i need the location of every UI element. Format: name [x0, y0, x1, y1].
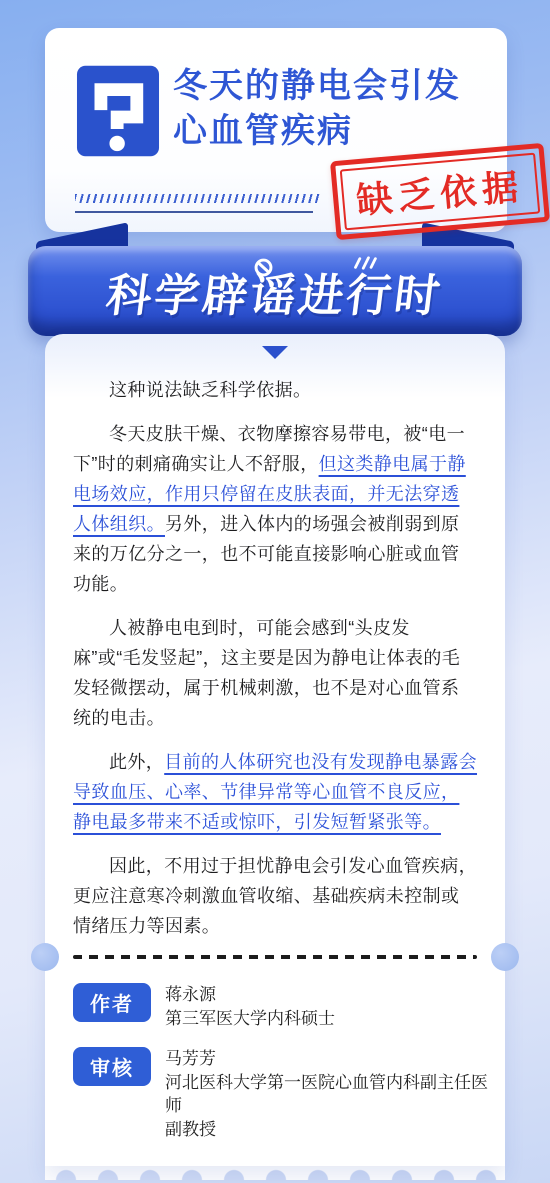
banner-title: 科学辟谣进行时 — [103, 259, 447, 324]
text-run: 这种说法缺乏科学依据。 — [109, 380, 311, 400]
reviewer-badge: 审核 — [73, 1047, 151, 1086]
paragraph: 此外，目前的人体研究也没有发现静电暴露会导致血压、心率、节律异常等心血管不良反应… — [73, 747, 477, 837]
paragraph: 人被静电电到时，可能会感到“头皮发麻”或“毛发竖起”，这主要是因为静电让体表的毛… — [73, 613, 477, 733]
reviewer-row: 审核 马芳芳 河北医科大学第一医院心血管内科副主任医师 副教授 — [73, 1047, 491, 1144]
hatch-divider — [75, 194, 321, 203]
text-run: 此外， — [109, 752, 164, 772]
author-info: 蒋永源 第三军医大学内科硕士 — [165, 983, 335, 1033]
down-triangle-icon — [262, 346, 288, 359]
author-badge: 作者 — [73, 983, 151, 1022]
paragraph: 冬天皮肤干燥、衣物摩擦容易带电，被“电一下”时的刺痛确实让人不舒服，但这类静电属… — [73, 419, 477, 599]
text-run: 人被静电电到时，可能会感到“头皮发麻”或“毛发竖起”，这主要是因为静电让体表的毛… — [73, 618, 460, 728]
author-title: 第三军医大学内科硕士 — [165, 1008, 335, 1030]
text-run: 因此，不用过于担忧静电会引发心血管疾病，更应注意寒冷刺激血管收缩、基础疾病未控制… — [73, 856, 477, 936]
claim-title-line2: 心血管疾病 — [173, 109, 503, 154]
dashed-divider — [73, 955, 477, 959]
debunk-banner: 科学辟谣进行时 — [28, 236, 522, 336]
reviewer-name: 马芳芳 — [165, 1048, 491, 1070]
card-scallop-edge — [45, 1166, 505, 1180]
card-body: 这种说法缺乏科学依据。 冬天皮肤干燥、衣物摩擦容易带电，被“电一下”时的刺痛确实… — [45, 334, 505, 1166]
claim-title-line1: 冬天的静电会引发 — [173, 64, 503, 109]
banner-ribbon: 科学辟谣进行时 — [28, 246, 522, 336]
paragraph: 因此，不用过于担忧静电会引发心血管疾病，更应注意寒冷刺激血管收缩、基础疾病未控制… — [73, 851, 477, 941]
stamp-text: 缺乏依据 — [340, 153, 541, 231]
speed-lines-icon — [352, 255, 378, 276]
author-name: 蒋永源 — [165, 984, 335, 1006]
article: 这种说法缺乏科学依据。 冬天皮肤干燥、衣物摩擦容易带电，被“电一下”时的刺痛确实… — [73, 375, 477, 941]
question-mark-icon — [75, 64, 161, 158]
paragraph: 这种说法缺乏科学依据。 — [73, 375, 477, 405]
reviewer-title: 河北医科大学第一医院心血管内科副主任医师 — [165, 1072, 491, 1117]
right-notch — [491, 943, 519, 971]
poster-background: 冬天的静电会引发 心血管疾病 缺乏依据 科学辟谣进行时 — [0, 0, 550, 1183]
reviewer-info: 马芳芳 河北医科大学第一医院心血管内科副主任医师 副教授 — [165, 1047, 491, 1144]
content-card: 这种说法缺乏科学依据。 冬天皮肤干燥、衣物摩擦容易带电，被“电一下”时的刺痛确实… — [45, 334, 505, 1180]
claim-title: 冬天的静电会引发 心血管疾病 — [173, 64, 503, 154]
left-notch — [31, 943, 59, 971]
title-underline — [75, 211, 313, 213]
reviewer-title-2: 副教授 — [165, 1119, 491, 1141]
author-row: 作者 蒋永源 第三军医大学内科硕士 — [73, 983, 491, 1033]
prohibition-icon — [253, 257, 274, 283]
